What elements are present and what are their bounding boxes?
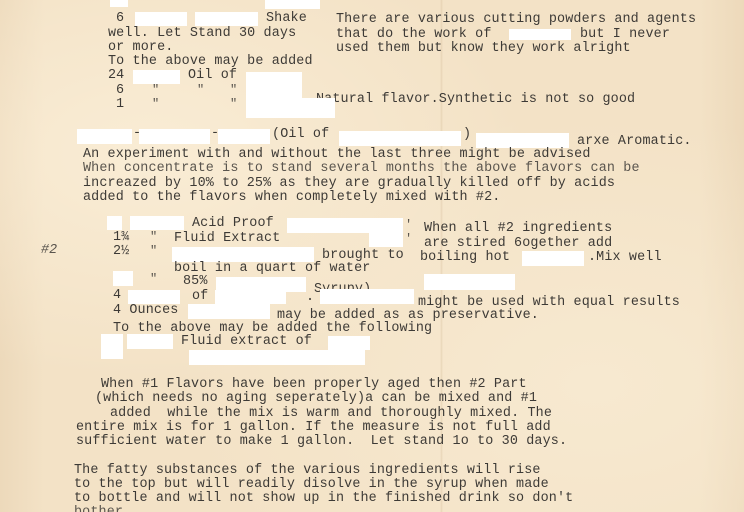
redaction — [101, 334, 123, 349]
redaction — [135, 12, 187, 26]
ditto-mark: " — [152, 97, 159, 111]
recipe-text: arxe Aromatic. — [577, 135, 692, 149]
redaction — [320, 289, 414, 304]
redaction — [195, 12, 258, 26]
recipe-qty: 1¾ — [113, 231, 129, 245]
redaction — [328, 336, 370, 350]
redaction — [509, 29, 571, 40]
paragraph-line: to the top but will readily disolve in t… — [74, 478, 549, 492]
redaction — [522, 251, 584, 266]
redaction — [113, 271, 133, 286]
side-note-line: When all #2 ingredients — [424, 222, 612, 236]
ditto-mark: " — [150, 244, 157, 258]
dot: . — [306, 291, 314, 305]
paragraph-line: added to the flavors when completely mix… — [83, 191, 500, 205]
paragraph-line: When concentrate is to stand several mon… — [83, 162, 640, 176]
side-note-line: There are various cutting powders and ag… — [336, 13, 696, 27]
paragraph-line: to bottle and will not show up in the fi… — [74, 492, 573, 506]
redaction — [424, 274, 515, 290]
paragraph-line: An experiment with and without the last … — [83, 148, 591, 162]
section-label: #2 — [41, 244, 57, 258]
redaction — [369, 232, 403, 247]
paragraph-line: The fatty substances of the various ingr… — [74, 464, 541, 478]
redaction — [107, 216, 122, 230]
recipe-text: Fluid Extract — [174, 232, 280, 246]
recipe-qty: 24 — [108, 69, 124, 83]
recipe-text: To the above may be added — [108, 55, 313, 69]
instruction-line: added while the mix is warm and thorough… — [110, 407, 552, 421]
redaction — [188, 304, 270, 319]
redaction — [265, 0, 320, 9]
recipe-qty: 1 — [116, 98, 124, 112]
oil-of-label: Oil of — [280, 127, 329, 142]
redaction — [101, 349, 123, 359]
recipe-text: (Oil of — [272, 128, 329, 142]
redaction — [476, 133, 569, 148]
redaction — [218, 129, 270, 144]
recipe-text: 4 Ounces — [113, 304, 179, 318]
redaction — [127, 334, 173, 349]
recipe-qty: 6 — [116, 84, 124, 98]
ditto-mark: " — [197, 83, 204, 97]
redaction — [287, 218, 403, 233]
ditto-mark: " — [152, 83, 159, 97]
redaction — [246, 98, 335, 118]
ditto-mark: " — [150, 272, 157, 286]
side-note-line: boiling hot — [420, 251, 510, 265]
ditto-mark: " — [230, 83, 237, 97]
recipe-text: Oil of — [188, 69, 237, 83]
side-note-line: .Mix well — [588, 251, 662, 265]
redaction — [339, 131, 461, 146]
paragraph-line: increazed by 10% to 25% as they are grad… — [83, 177, 615, 191]
instruction-line: When #1 Flavors have been properly aged … — [101, 378, 527, 392]
ditto-mark: " — [230, 97, 237, 111]
redaction — [139, 129, 210, 144]
side-note-line: are stired 6ogether add — [424, 237, 612, 251]
redaction — [130, 216, 184, 230]
redaction — [77, 129, 132, 144]
side-note-line: that do the work of — [336, 28, 492, 42]
recipe-text: Fluid extract of — [181, 335, 312, 349]
redaction — [189, 350, 365, 365]
paragraph-line-cut: bother — [74, 506, 123, 512]
recipe-qty: 2½ — [113, 245, 129, 259]
recipe-text: or more. — [108, 41, 174, 55]
side-note-line: but I never — [580, 28, 670, 42]
recipe-note: Natural flavor.Synthetic is not so good — [316, 93, 635, 107]
recipe-text: Acid Proof — [192, 217, 274, 231]
instruction-line: sufficient water to make 1 gallon. Let s… — [76, 435, 567, 449]
recipe-text: of — [192, 290, 208, 304]
redaction — [128, 290, 180, 304]
redaction — [133, 70, 180, 84]
recipe-text: 85% — [183, 275, 208, 289]
tick-mark: ' — [405, 218, 412, 232]
ditto-mark: " — [150, 230, 157, 244]
redaction — [110, 0, 128, 7]
instruction-line: (which needs no aging seperately)a can b… — [95, 392, 537, 406]
recipe-qty: 4 — [113, 289, 121, 303]
side-note-line: used them but know they work alright — [336, 42, 631, 56]
recipe-text: Shake — [266, 12, 307, 26]
redaction — [172, 247, 314, 262]
instruction-line: entire mix is for 1 gallon. If the measu… — [76, 421, 551, 435]
tick-mark: ' — [405, 232, 412, 246]
redaction — [215, 290, 286, 304]
recipe-qty: 6 — [116, 12, 124, 26]
recipe-text: well. Let Stand 30 days — [108, 27, 296, 41]
paren: ) — [463, 128, 471, 142]
